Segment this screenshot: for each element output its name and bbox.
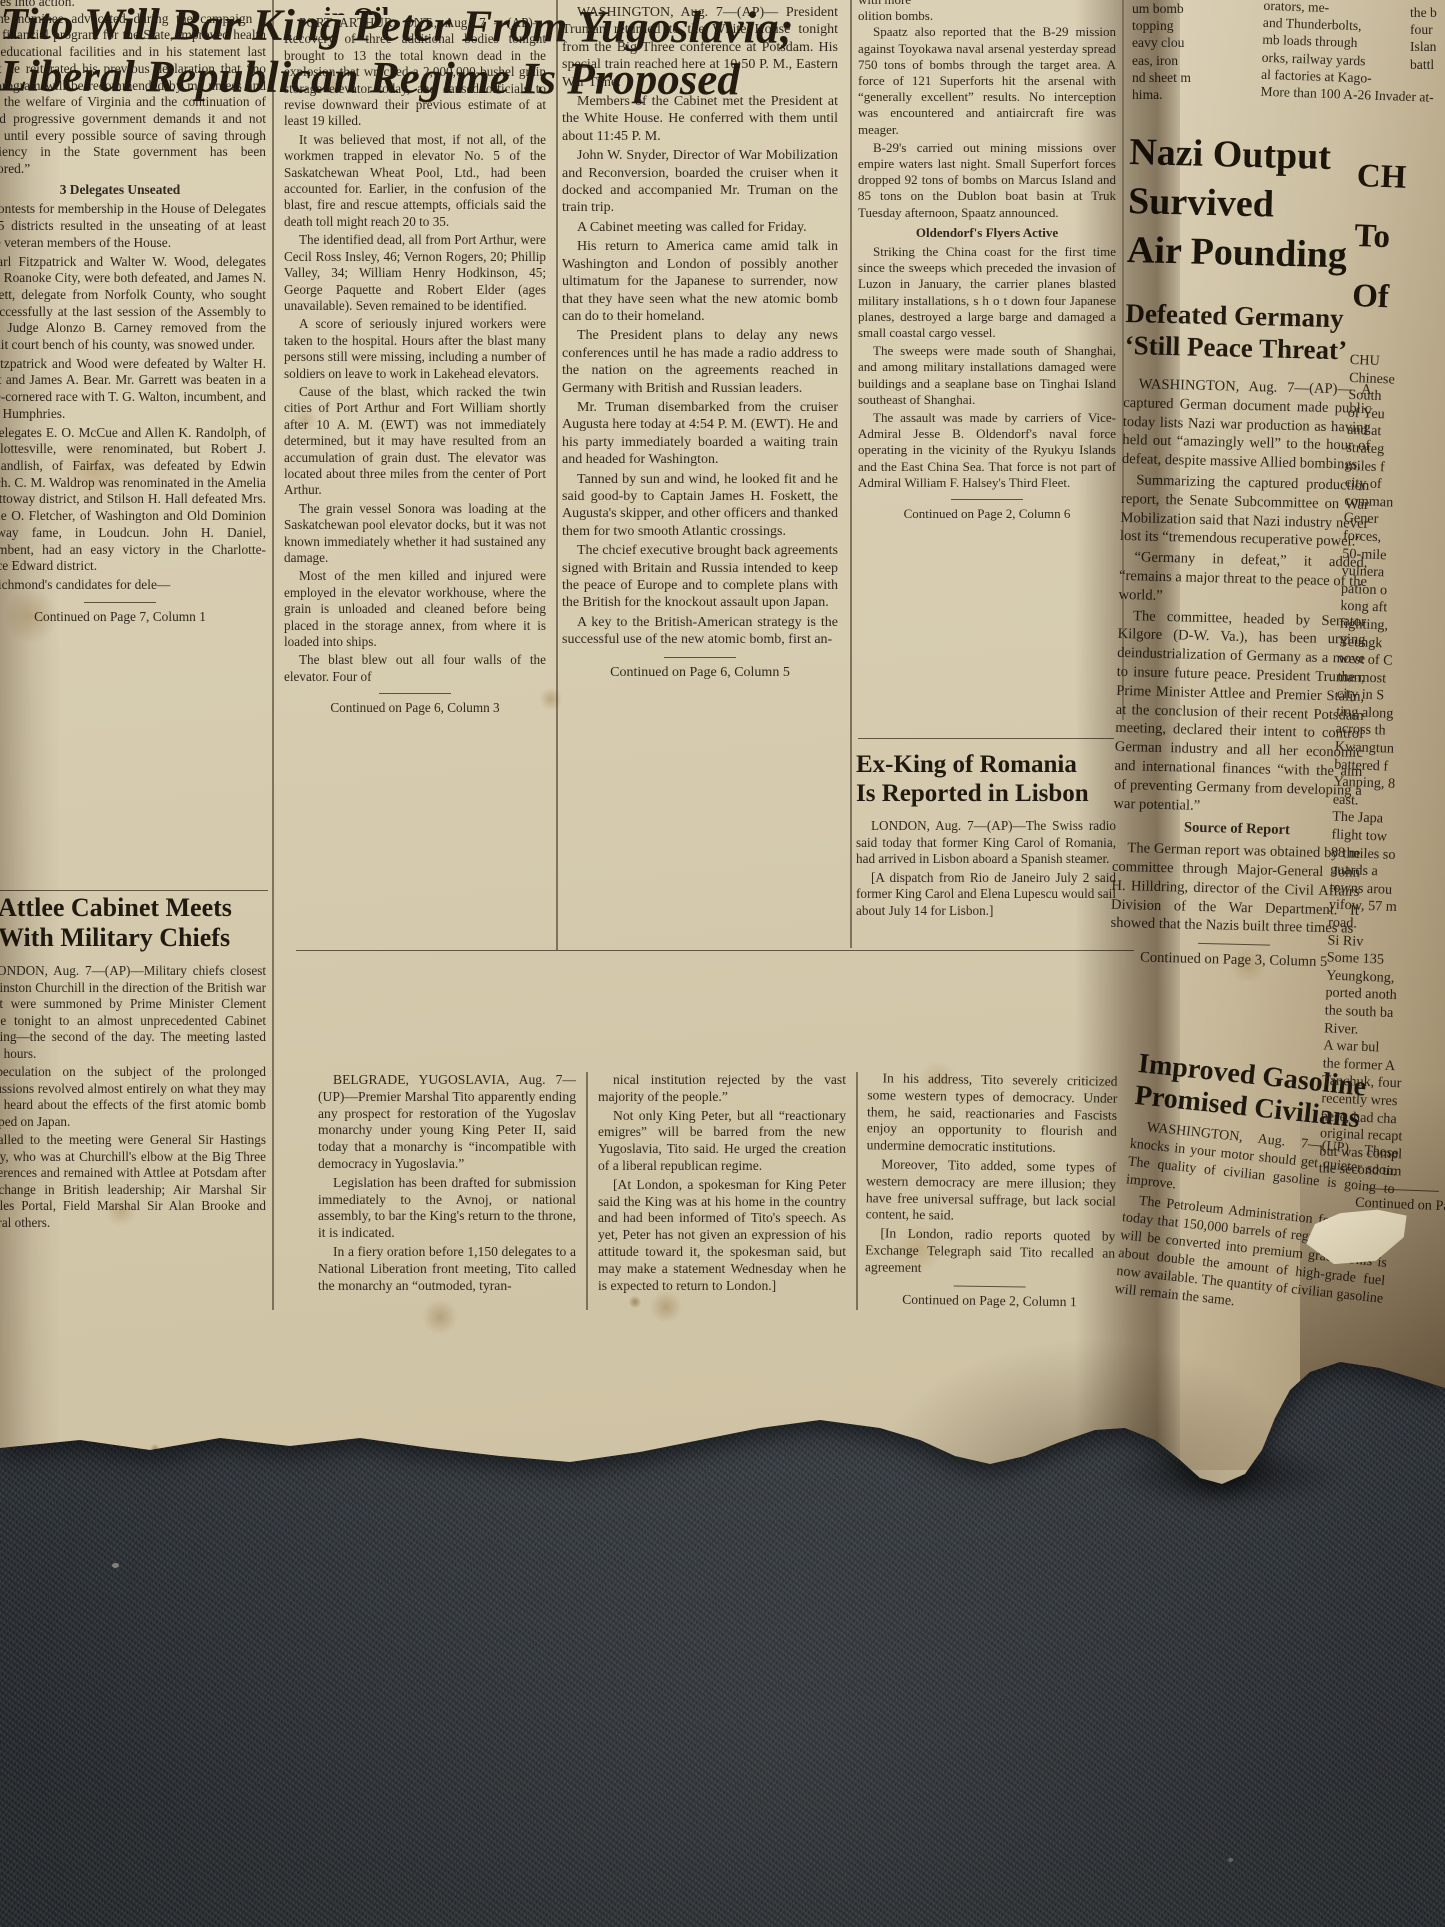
tito-headline-line2: Liberal Republican Regime Is Proposed: [0, 49, 960, 106]
paragraph: Mr. Truman disembarked from the cruiser …: [562, 399, 838, 469]
continuation-line: Continued on Page 6, Column 5: [562, 657, 838, 681]
paragraph: Tanned by sun and wind, he looked fit an…: [562, 471, 838, 541]
text-line: eavy clou: [1132, 34, 1260, 51]
paragraph: The grain vessel Sonora was loading at t…: [284, 501, 546, 567]
text-line: ‘Still Peace Threat’: [1124, 329, 1373, 367]
paragraph: Contests for membership in the House of …: [0, 201, 266, 251]
text-line: the second tim: [1318, 1161, 1445, 1185]
paragraph: WASHINGTON, Aug. 7—(AP)— A captured Germ…: [1122, 375, 1372, 475]
text-line: Ex-King of Romania: [856, 750, 1116, 779]
text-line: With Military Chiefs: [0, 923, 266, 953]
text-line: CH: [1356, 146, 1445, 212]
tito-story-column-b: nical institution rejected by the vast m…: [598, 1072, 846, 1296]
column-rule: [586, 1072, 588, 1310]
paragraph: B-29's carried out mining missions over …: [858, 140, 1116, 221]
continuation-line: Continued on Page 3, Column 5: [1110, 941, 1359, 973]
paragraph: Most of the men killed and injured were …: [284, 568, 546, 650]
column-rule: [556, 0, 558, 950]
continuation-line: Continued on Page 6, Column 3: [284, 693, 546, 716]
paragraph: Striking the China coast for the first t…: [858, 244, 1116, 341]
newspaper-page-wrap: omises into action.The nominee advocated…: [0, 0, 1445, 1927]
paragraph: It was believed that most, if not all, o…: [284, 132, 546, 230]
paragraph: Summarizing the captured production repo…: [1120, 471, 1370, 552]
article-attlee-cabinet: Attlee Cabinet MeetsWith Military Chiefs…: [0, 893, 266, 1353]
text-line: topping: [1132, 17, 1260, 34]
paragraph: LONDON, Aug. 7—(AP)—Military chiefs clos…: [0, 963, 266, 1062]
paragraph: The assault was made by carriers of Vice…: [858, 410, 1116, 491]
paragraph: Delegates E. O. McCue and Allen K. Rando…: [0, 425, 266, 575]
romania-story: LONDON, Aug. 7—(AP)—The Swiss radio said…: [856, 818, 1116, 920]
paragraph: LONDON, Aug. 7—(AP)—The Swiss radio said…: [856, 818, 1116, 868]
subheading: Source of Report: [1113, 817, 1361, 842]
paragraph: Richmond's candidates for dele—: [0, 577, 266, 594]
tito-headline-line1: Tito Will Bar King Peter From Yugoslavia…: [0, 0, 960, 55]
paragraph: Cause of the blast, which racked the twi…: [284, 384, 546, 499]
text-line: Of: [1351, 266, 1445, 332]
port-arthur-story: PORT ARTHUR, ONT., Aug. 7 —(AP)— Recover…: [284, 15, 546, 717]
newspaper-photo: omises into action.The nominee advocated…: [0, 0, 1445, 1927]
text-line: nd sheet m: [1132, 69, 1260, 86]
continuation-line: Continued on Page 7, Column 1: [0, 602, 266, 626]
tito-story-column-c: In his address, Tito severely criticized…: [864, 1070, 1117, 1311]
paragraph: John W. Snyder, Director of War Mobiliza…: [562, 147, 838, 217]
continuation-line: Continued on Page 2, Column 1: [864, 1284, 1114, 1311]
paragraph: “Germany in defeat,” it added, “remains …: [1118, 548, 1367, 610]
headline-rule: [0, 890, 268, 891]
paragraph: A score of seriously injured workers wer…: [284, 316, 546, 382]
paragraph: The chcief executive brought back agreem…: [562, 542, 838, 612]
text-line: Attlee Cabinet Meets: [0, 893, 266, 923]
paragraph: Not only King Peter, but all “reactionar…: [598, 1108, 846, 1175]
attlee-headline: Attlee Cabinet MeetsWith Military Chiefs: [0, 893, 266, 953]
text-line: the b: [1410, 4, 1445, 21]
text-line: Survived: [1128, 177, 1377, 232]
paragraph: Moreover, Tito added, some types of west…: [866, 1156, 1117, 1227]
paragraph: The committee, headed by Senator Kilgore…: [1113, 606, 1366, 819]
article-virginia-politics-column: omises into action.The nominee advocated…: [0, 0, 266, 880]
article-ex-king-romania: Ex-King of RomaniaIs Reported in Lisbon …: [856, 742, 1116, 954]
text-line: four: [1410, 21, 1445, 38]
article-truman-return-column: WASHINGTON, Aug. 7—(AP)— President Truma…: [562, 4, 838, 952]
paragraph: The German report was obtained by the co…: [1110, 839, 1360, 939]
text-line: Nazi Output: [1129, 128, 1378, 183]
romania-headline: Ex-King of RomaniaIs Reported in Lisbon: [856, 742, 1116, 808]
column-rule: [272, 0, 274, 1310]
tito-story-column-a: BELGRADE, YUGOSLAVIA, Aug. 7—(UP)—Premie…: [318, 1072, 576, 1296]
paragraph: In a fiery oration before 1,150 delegate…: [318, 1244, 576, 1294]
nazi-headline: Nazi OutputSurvivedAir Pounding: [1126, 128, 1378, 281]
tito-banner-headline: Tito Will Bar King Peter From Yugoslavia…: [0, 0, 960, 107]
top-right-fragments-left: um bombtoppingeavy cloueas, ironnd sheet…: [1132, 0, 1260, 103]
article-port-arthur-explosion-column: in Oil PORT ARTHUR, ONT., Aug. 7 —(AP)— …: [284, 0, 546, 952]
newspaper-page: omises into action.The nominee advocated…: [0, 0, 1445, 1927]
paragraph: Fitzpatrick and Wood were defeated by Wa…: [0, 356, 266, 423]
paragraph: Called to the meeting were General Sir H…: [0, 1132, 266, 1231]
column-rule: [856, 1072, 858, 1310]
article-spaatz-raids-column: with moreolition bombs.Spaatz also repor…: [858, 0, 1116, 738]
paragraph: The identified dead, all from Port Arthu…: [284, 232, 546, 314]
paragraph: [A dispatch from Rio de Janeiro July 2 s…: [856, 870, 1116, 920]
top-right-fragments-edge: the bfourIslanbattl: [1410, 4, 1445, 73]
text-line: battl: [1410, 56, 1445, 73]
paragraph: [In London, radio reports quoted by Exch…: [865, 1225, 1116, 1279]
text-line: Is Reported in Lisbon: [856, 779, 1116, 808]
text-line: eas, iron: [1132, 52, 1260, 69]
paragraph: Speculation on the subject of the prolon…: [0, 1064, 266, 1130]
paragraph: The blast blew out all four walls of the…: [284, 652, 546, 685]
text-line: Islan: [1410, 38, 1445, 55]
headline-rule: [858, 738, 1114, 739]
paragraph: His return to America came amid talk in …: [562, 238, 838, 325]
paragraph: BELGRADE, YUGOSLAVIA, Aug. 7—(UP)—Premie…: [318, 1072, 576, 1173]
paragraph: Earl Fitzpatrick and Walter W. Wood, del…: [0, 254, 266, 354]
text-line: um bomb: [1132, 0, 1260, 17]
subheading: 3 Delegates Unseated: [0, 182, 266, 199]
paragraph: A key to the British-American strategy i…: [562, 614, 838, 649]
paragraph: [At London, a spokesman for King Peter s…: [598, 1177, 846, 1295]
paragraph: A Cabinet meeting was called for Friday.: [562, 219, 838, 236]
paragraph: In his address, Tito severely criticized…: [866, 1070, 1117, 1157]
continuation-line: Continued on Page 2, Column 6: [858, 499, 1116, 522]
paragraph: nical institution rejected by the vast m…: [598, 1072, 846, 1106]
text-line: To: [1353, 206, 1445, 272]
text-line: Air Pounding: [1126, 226, 1375, 281]
subheading: Oldendorf's Flyers Active: [858, 225, 1116, 241]
attlee-story: LONDON, Aug. 7—(AP)—Military chiefs clos…: [0, 963, 266, 1231]
paragraph: The sweeps were made south of Shanghai, …: [858, 343, 1116, 408]
paragraph: The President plans to delay any news co…: [562, 327, 838, 397]
column-rule: [850, 0, 852, 948]
paragraph: Legislation has been drafted for submiss…: [318, 1175, 576, 1242]
far-right-headline-fragment: CHToOf: [1351, 146, 1445, 332]
text-line: hima.: [1132, 86, 1260, 103]
nazi-subheadline: Defeated Germany‘Still Peace Threat’: [1124, 297, 1373, 367]
